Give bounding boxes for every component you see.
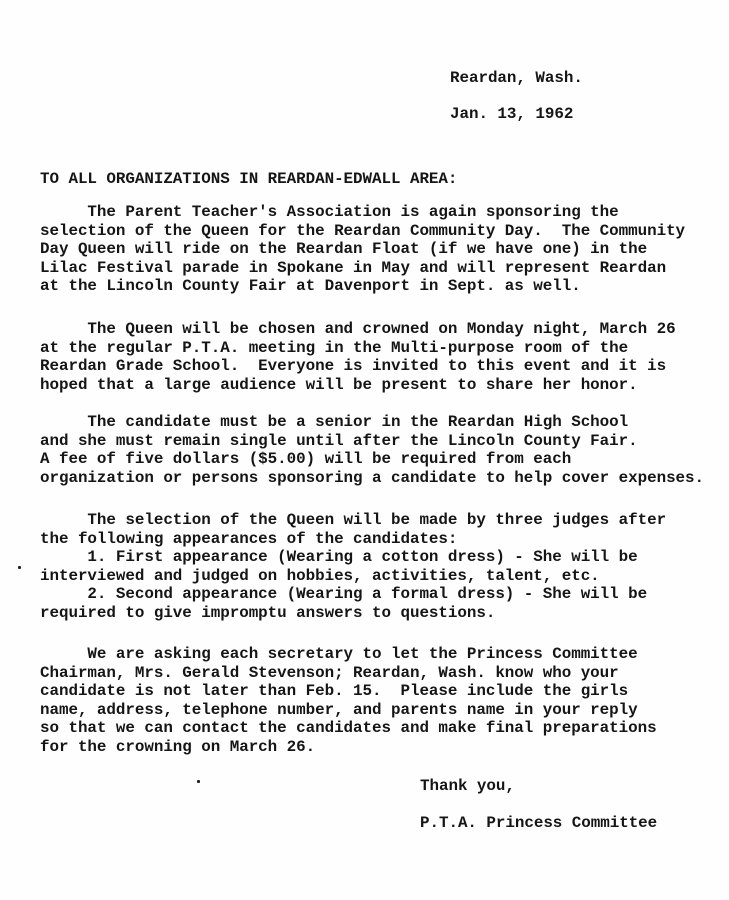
paragraph-line: Chairman, Mrs. Gerald Stevenson; Reardan… [40,664,657,683]
paragraph-line: Day Queen will ride on the Reardan Float… [40,240,685,259]
paragraph-announcement: The Parent Teacher's Association is agai… [40,203,685,296]
paragraph-line: The selection of the Queen will be made … [40,511,666,530]
letter-date: Jan. 13, 1962 [450,105,573,123]
paragraph-line: We are asking each secretary to let the … [40,645,657,664]
paragraph-line: required to give impromptu answers to qu… [40,604,666,623]
paragraph-line: the following appearances of the candida… [40,530,666,549]
paragraph-line: interviewed and judged on hobbies, activ… [40,567,666,586]
paragraph-line: The Queen will be chosen and crowned on … [40,320,676,339]
paragraph-line: 1. First appearance (Wearing a cotton dr… [40,548,666,567]
paragraph-line: A fee of five dollars ($5.00) will be re… [40,450,704,469]
paragraph-line: name, address, telephone number, and par… [40,701,657,720]
typed-letter-page: Reardan, Wash. Jan. 13, 1962 TO ALL ORGA… [0,0,729,900]
paragraph-line: candidate is not later than Feb. 15. Ple… [40,682,657,701]
paragraph-line: and she must remain single until after t… [40,432,704,451]
paragraph-eligibility: The candidate must be a senior in the Re… [40,413,704,487]
paragraph-line: organization or persons sponsoring a can… [40,469,704,488]
paragraph-line: selection of the Queen for the Reardan C… [40,222,685,241]
paragraph-judging: The selection of the Queen will be made … [40,511,666,623]
paragraph-submission-request: We are asking each secretary to let the … [40,645,657,757]
letter-closing: Thank you, [420,777,515,795]
paragraph-crowning-event: The Queen will be chosen and crowned on … [40,320,676,394]
paragraph-line: Lilac Festival parade in Spokane in May … [40,259,685,278]
paragraph-line: hoped that a large audience will be pres… [40,376,676,395]
paragraph-line: at the Lincoln County Fair at Davenport … [40,277,685,296]
letter-signature: P.T.A. Princess Committee [420,814,657,832]
paragraph-line: for the crowning on March 26. [40,738,657,757]
paper-speck [18,566,21,569]
paper-speck [197,780,200,783]
letter-place: Reardan, Wash. [450,69,583,87]
paragraph-line: 2. Second appearance (Wearing a formal d… [40,585,666,604]
paragraph-line: The Parent Teacher's Association is agai… [40,203,685,222]
paragraph-line: so that we can contact the candidates an… [40,719,657,738]
paragraph-line: at the regular P.T.A. meeting in the Mul… [40,339,676,358]
letter-salutation: TO ALL ORGANIZATIONS IN REARDAN-EDWALL A… [40,170,457,188]
paragraph-line: The candidate must be a senior in the Re… [40,413,704,432]
paragraph-line: Reardan Grade School. Everyone is invite… [40,357,676,376]
